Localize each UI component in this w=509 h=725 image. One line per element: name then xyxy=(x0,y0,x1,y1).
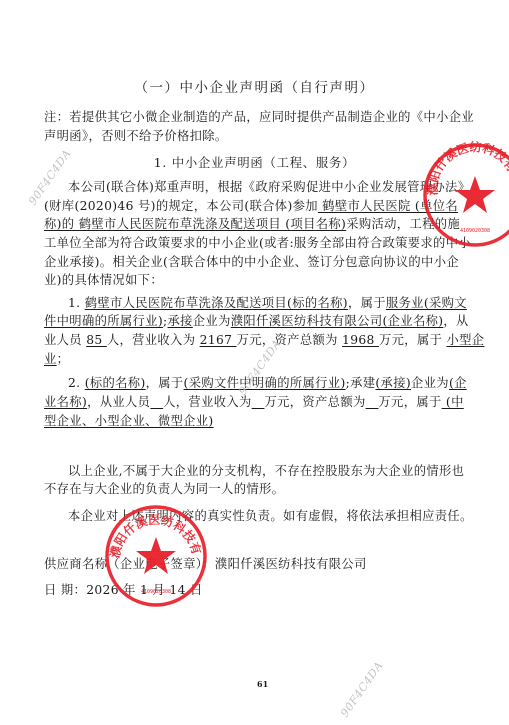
supplier-label: 供应商名称（企业电子签章）： xyxy=(44,557,215,571)
text: 采购活动，工程的施 xyxy=(346,217,460,231)
item1-line-3: 业人员 85 人，营业收入为 2167 万元，资产总额为 1968 万元，属于 … xyxy=(44,332,484,348)
assets-value: 1968 xyxy=(342,333,379,347)
industry: 件中明确的所属行业) xyxy=(44,314,163,328)
document-page: （一）中小企业声明函（自行声明） 注：若提供其它小微企业制造的产品，应同时提供产… xyxy=(0,0,509,725)
para1-line-5: 企业承接)。相关企业(含联合体中的中小企业、签订分包意向协议的中小企 xyxy=(44,254,459,270)
date-value: 2026 年 1 月 14 日 xyxy=(86,583,202,597)
enterprise-size: 业 xyxy=(44,352,57,366)
enterprise-size: 型企业、小型企业、微型企业) xyxy=(44,414,214,428)
item-number: 2. xyxy=(68,376,85,390)
text: ，属于 xyxy=(348,296,386,310)
supplier-line: 供应商名称（企业电子签章）：濮阳仟溪医纺科技有限公司 xyxy=(44,556,367,572)
para2-line-1: 以上企业,不属于大企业的分支机构，不存在控股股东为大企业的情形也 xyxy=(68,463,464,479)
subject-name: 鹤壁市人民医院布草洗涤及配送项目(标的名称) xyxy=(85,296,348,310)
para1-line-1: 本公司(联合体)郑重声明，根据《政府采购促进中小企业发展管理办法》 xyxy=(68,179,470,195)
enterprise-size: 小型企 xyxy=(446,333,484,347)
enterprise-size: (中 xyxy=(442,395,464,409)
item1-line-1: 1. 鹤壁市人民医院布草洗涤及配送项目(标的名称)，属于服务业(采购文 xyxy=(68,295,467,311)
text: 万元，资产总额为 xyxy=(237,333,342,347)
supplier-name: 濮阳仟溪医纺科技有限公司 xyxy=(215,557,367,571)
subject-name: (标的名称) xyxy=(85,376,146,390)
para1-line-4: 工单位全部为符合政策要求的中小企业(或者:服务全部由符合政策要求的中小 xyxy=(44,235,471,251)
page-number: 61 xyxy=(257,679,268,689)
text: 业人员 xyxy=(44,333,86,347)
svg-text:4109020308: 4109020308 xyxy=(460,228,490,234)
text: 万元，属于 xyxy=(379,333,447,347)
text: (财库(2020)46 号)的规定，本公司(联合体)参加 xyxy=(44,199,318,213)
text: 企业为 xyxy=(193,314,231,328)
text: 企业为 xyxy=(411,376,449,390)
item2-line-3: 型企业、小型企业、微型企业) xyxy=(44,413,214,429)
text: 人，营业收入为 xyxy=(163,395,252,409)
para2-line-2: 不存在与大企业的负责人为同一人的情形。 xyxy=(44,481,284,497)
document-title: （一）中小企业声明函（自行声明） xyxy=(0,80,509,96)
purchaser-name: 鹤壁市人民医院 (单位名 xyxy=(318,199,458,213)
text: 万元，属于 xyxy=(378,395,441,409)
watermark-text: 90F4C4DA xyxy=(338,659,386,720)
para3: 本企业对上述声明内容的真实性负责。如有虚假，将依法承担相应责任。 xyxy=(68,508,473,524)
para1-line-2: (财库(2020)46 号)的规定，本公司(联合体)参加 鹤壁市人民医院 (单位… xyxy=(44,198,458,214)
text: ，属于 xyxy=(146,376,184,390)
industry: 服务业(采购文 xyxy=(386,296,467,310)
project-name: 称)的 鹤壁市人民医院布草洗涤及配送项目 (项目名称) xyxy=(44,217,346,231)
text: 万元，资产总额为 xyxy=(264,395,365,409)
text: ，从业人员 xyxy=(87,395,150,409)
para1-line-3: 称)的 鹤壁市人民医院布草洗涤及配送项目 (项目名称)采购活动，工程的施 xyxy=(44,216,460,232)
text: (承接) xyxy=(375,376,411,390)
blank-field xyxy=(150,395,163,409)
revenue-value: 2167 xyxy=(200,333,237,347)
text: ，从 xyxy=(443,314,468,328)
para1-line-6: 业)的具体情况如下： xyxy=(44,272,163,288)
section-subtitle: 1. 中小企业声明函（工程、服务） xyxy=(0,155,509,171)
date-line: 日 期：2026 年 1 月 14 日 xyxy=(44,582,203,598)
industry: (采购文件中明确的所属行业) xyxy=(184,376,346,390)
text: ;承建 xyxy=(346,376,376,390)
item1-line-2: 件中明确的所属行业);承接企业为濮阳仟溪医纺科技有限公司(企业名称)，从 xyxy=(44,313,469,329)
company-name: 濮阳仟溪医纺科技有限公司(企业名称) xyxy=(231,314,444,328)
item1-line-4: 业； xyxy=(44,351,69,367)
employees-count: 85 xyxy=(86,333,107,347)
text: 人，营业收入为 xyxy=(107,333,200,347)
date-label: 日 期： xyxy=(44,583,86,597)
text: 承接 xyxy=(167,314,192,328)
note-line-2: 声明函》，否则不给予价格扣除。 xyxy=(44,128,228,144)
company-name: 业名称) xyxy=(44,395,87,409)
text: ； xyxy=(57,352,70,366)
note-line-1: 注：若提供其它小微企业制造的产品，应同时提供产品制造企业的《中小企业 xyxy=(44,109,474,125)
item-number: 1. xyxy=(68,296,85,310)
item2-line-1: 2. (标的名称)，属于(采购文件中明确的所属行业);承建(承接)企业为(企 xyxy=(68,375,467,391)
item2-line-2: 业名称)，从业人员 人，营业收入为 万元，资产总额为 万元，属于 (中 xyxy=(44,394,464,410)
company-name: (企 xyxy=(449,376,467,390)
blank-field xyxy=(252,395,265,409)
blank-field xyxy=(366,395,379,409)
